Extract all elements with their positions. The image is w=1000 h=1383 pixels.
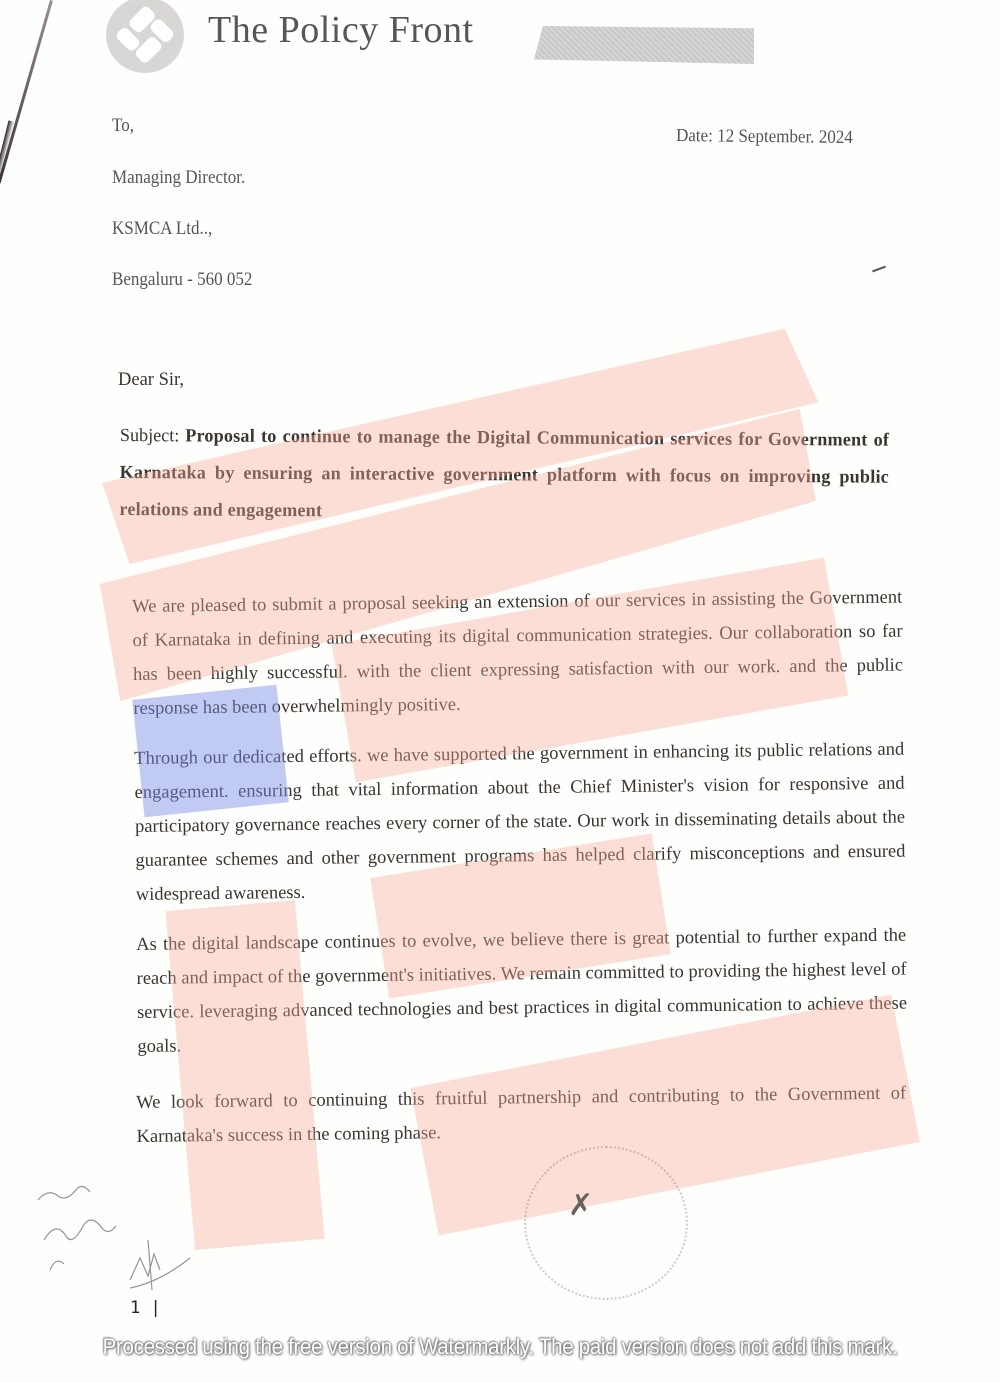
recipient-to: To, bbox=[112, 116, 134, 137]
date-value: 12 September. 2024 bbox=[717, 126, 853, 148]
page-edge-shadow bbox=[0, 0, 53, 183]
recipient-line: Managing Director. bbox=[112, 168, 245, 189]
check-mark-icon bbox=[872, 266, 886, 273]
recipient-line: Bengaluru - 560 052 bbox=[112, 270, 252, 291]
body-paragraph: We look forward to continuing this fruit… bbox=[136, 1077, 907, 1154]
watermark-text: Processed using the free version of Wate… bbox=[35, 1334, 965, 1360]
date-label: Date: bbox=[676, 126, 713, 146]
official-seal-stamp-icon bbox=[524, 1146, 688, 1300]
page-number: 1 | bbox=[130, 1298, 161, 1318]
handwritten-signature-icon bbox=[30, 1170, 200, 1300]
redacted-block bbox=[534, 26, 754, 64]
policy-front-logo-icon bbox=[106, 0, 184, 73]
paragraph-text: Through our dedicated efforts. we have s… bbox=[134, 733, 906, 912]
subject-text: Proposal to continue to manage the Digit… bbox=[119, 426, 889, 521]
subject-label: Subject: bbox=[120, 426, 180, 446]
stamp-mark: ✗ bbox=[568, 1188, 593, 1223]
body-paragraph: Through our dedicated efforts. we have s… bbox=[134, 733, 906, 912]
letter-date: Date: 12 September. 2024 bbox=[676, 126, 853, 149]
subject-line: Subject: Proposal to continue to manage … bbox=[119, 418, 889, 534]
body-paragraph: As the digital landscape continues to ev… bbox=[136, 919, 908, 1064]
paragraph-text: We look forward to continuing this fruit… bbox=[136, 1077, 907, 1154]
greeting: Dear Sir, bbox=[118, 370, 184, 391]
paragraph-text: As the digital landscape continues to ev… bbox=[136, 919, 908, 1064]
brand-name: The Policy Front bbox=[208, 8, 474, 52]
recipient-line: KSMCA Ltd.., bbox=[112, 219, 212, 240]
body-paragraph: We are pleased to submit a proposal seek… bbox=[132, 581, 904, 726]
paragraph-text: We are pleased to submit a proposal seek… bbox=[132, 581, 904, 726]
